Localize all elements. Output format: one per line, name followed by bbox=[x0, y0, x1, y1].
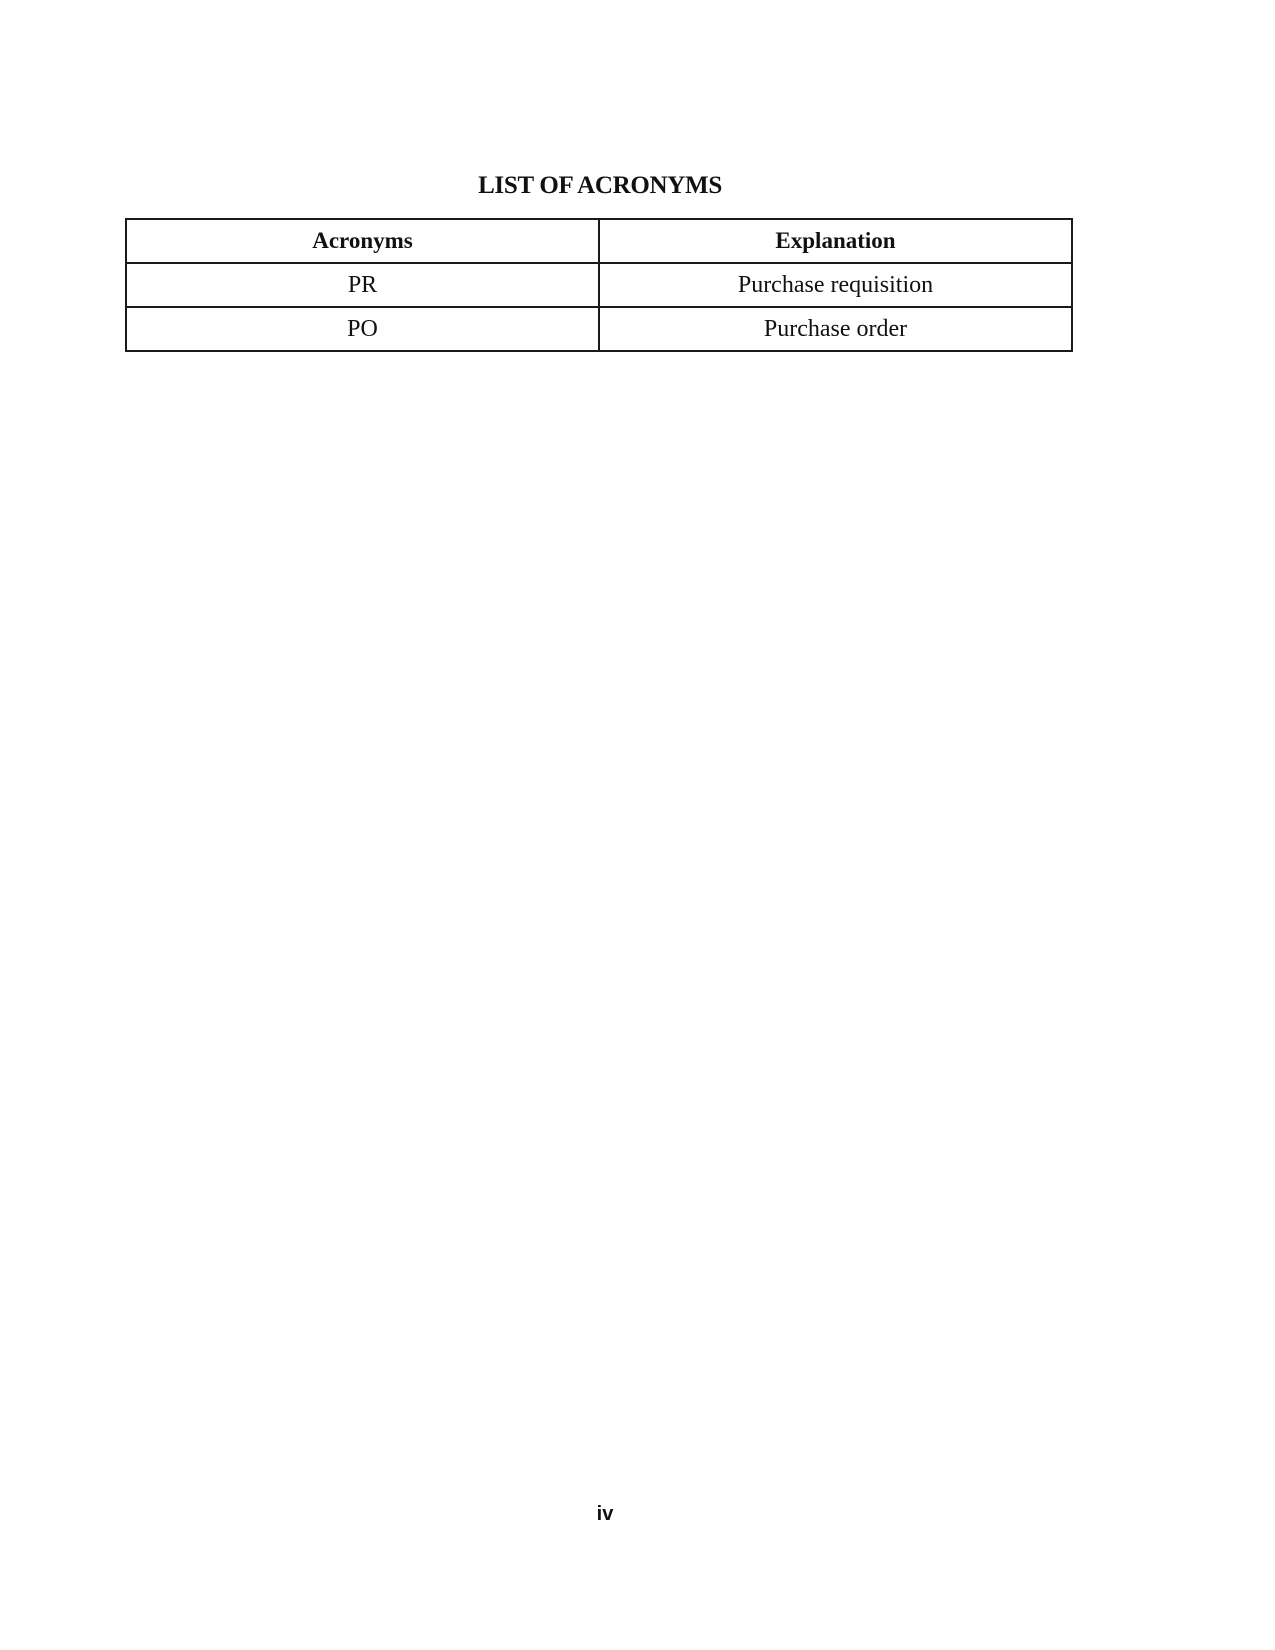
column-header-acronyms: Acronyms bbox=[126, 219, 599, 263]
acronym-cell: PO bbox=[126, 307, 599, 351]
table-header-row: Acronyms Explanation bbox=[126, 219, 1072, 263]
table-row: PR Purchase requisition bbox=[126, 263, 1072, 307]
acronyms-table: Acronyms Explanation PR Purchase requisi… bbox=[125, 218, 1073, 352]
column-header-explanation: Explanation bbox=[599, 219, 1072, 263]
table-row: PO Purchase order bbox=[126, 307, 1072, 351]
page-number: iv bbox=[585, 1503, 625, 1526]
page-title: LIST OF ACRONYMS bbox=[0, 172, 1200, 200]
explanation-cell: Purchase requisition bbox=[599, 263, 1072, 307]
acronym-cell: PR bbox=[126, 263, 599, 307]
explanation-cell: Purchase order bbox=[599, 307, 1072, 351]
